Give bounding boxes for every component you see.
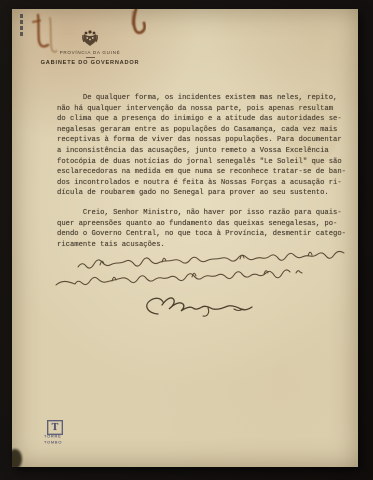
archive-edge-marks — [20, 14, 23, 36]
archive-stamp-monogram: T — [47, 420, 63, 435]
signature-tail — [203, 308, 243, 316]
photo-background: PROVÍNCIA DA GUINÉ GABINETE DO GOVERNADO… — [0, 0, 373, 480]
letterhead-province: PROVÍNCIA DA GUINÉ — [34, 50, 146, 55]
typed-line: negalesas geraram entre as populações do… — [57, 125, 353, 136]
letter-body: De qualquer forma, os incidentes existem… — [57, 93, 353, 250]
corner-blotch — [12, 449, 22, 467]
typed-line: esclarecedoras na medida em que numa se … — [57, 167, 353, 178]
document-page: PROVÍNCIA DA GUINÉ GABINETE DO GOVERNADO… — [12, 9, 358, 467]
signature — [147, 298, 252, 314]
typed-line: dícula de roubarem gado no Senegal para … — [57, 188, 353, 199]
typed-line: receptivas à forma de viver das nossas p… — [57, 135, 353, 146]
typed-line: fotocópia de duas notícias do jornal sen… — [57, 157, 353, 168]
typed-line: não há qualquer intervenção da nossa par… — [57, 104, 353, 115]
handwritten-line-2-loops — [112, 271, 302, 281]
typed-line: dendo o Governo Central, no que toca à P… — [57, 229, 353, 240]
stamp-line-1: TORRE — [44, 435, 71, 439]
typed-line: De qualquer forma, os incidentes existem… — [57, 93, 353, 104]
stamp-initial: T — [52, 422, 59, 433]
archive-stamp: T TORRE TOMBO — [44, 420, 78, 446]
typed-line: a inconsistência das acusações, junto re… — [57, 146, 353, 157]
typed-line: do clima que a presença do inimigo e a a… — [57, 114, 353, 125]
paragraph-1: De qualquer forma, os incidentes existem… — [57, 93, 353, 199]
letterhead: PROVÍNCIA DA GUINÉ GABINETE DO GOVERNADO… — [34, 30, 146, 66]
typed-line: ricamente tais acusações. — [57, 240, 353, 251]
typed-line: quer apreensões quanto ao fundamento das… — [57, 219, 353, 230]
stamp-line-2: TOMBO — [44, 441, 71, 445]
handwritten-line-1 — [78, 251, 344, 268]
typed-line: dos incontrolados e noutra é feita às No… — [57, 178, 353, 189]
typed-line: Creio, Senhor Ministro, não haver por is… — [57, 208, 353, 219]
letterhead-divider — [86, 57, 95, 58]
letterhead-office: GABINETE DO GOVERNADOR — [34, 60, 146, 66]
handwritten-line-2 — [56, 270, 290, 285]
handwritten-line-1-loops — [100, 252, 312, 265]
paragraph-2: Creio, Senhor Ministro, não haver por is… — [57, 208, 353, 250]
coat-of-arms-icon — [82, 30, 98, 48]
